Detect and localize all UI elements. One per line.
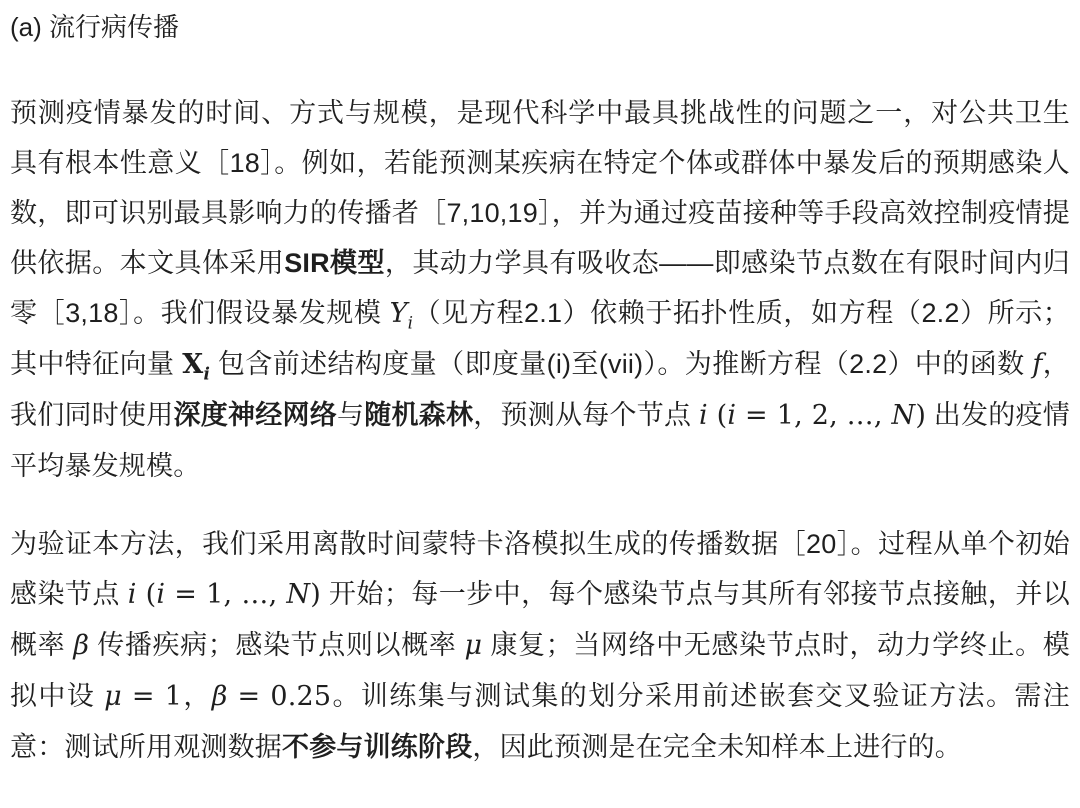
body-text: 包含前述结构度量（即度量(i)至(vii)）。为推断方程（2.2）中的函数 [210, 349, 1032, 379]
math-symbol: ( [137, 579, 157, 610]
math-symbol: μ [465, 630, 483, 661]
math-symbol: β [212, 681, 228, 712]
bold-text: SIR模型 [284, 248, 385, 278]
math-symbol: β [73, 630, 89, 661]
body-text: ，预测从每个节点 [473, 400, 699, 430]
math-symbol: Yi [390, 298, 414, 329]
math-symbol: f [1032, 349, 1042, 380]
math-symbol: i [156, 579, 165, 610]
body-text: ， [182, 681, 212, 711]
math-symbol: N [286, 579, 310, 610]
section-heading: (a) 流行病传播 [10, 10, 1070, 44]
math-symbol: = 1 [122, 681, 182, 712]
bold-text: 深度神经网络 [173, 400, 336, 430]
bold-text: 不参与训练阶段 [282, 732, 472, 762]
paragraph-epidemic-intro: 预测疫情暴发的时间、方式与规模，是现代科学中最具挑战性的问题之一，对公共卫生具有… [10, 88, 1070, 491]
body-text: 传播疾病；感染节点则以概率 [89, 630, 464, 660]
math-symbol: = 1, …, [165, 579, 286, 610]
math-symbol: ( [708, 400, 728, 431]
bold-text: 随机森林 [364, 400, 473, 430]
math-symbol: = 1, 2, …, [736, 400, 891, 431]
body-text: ，因此预测是在完全未知样本上进行的。 [472, 732, 962, 762]
paragraph-simulation-method: 为验证本方法，我们采用离散时间蒙特卡洛模拟生成的传播数据［20］。过程从单个初始… [10, 519, 1070, 772]
body-text: 与 [337, 400, 364, 430]
math-symbol: N [892, 400, 916, 431]
math-symbol: μ [104, 681, 122, 712]
math-symbol: i [727, 400, 736, 431]
math-symbol: i [699, 400, 708, 431]
document-page: (a) 流行病传播 预测疫情暴发的时间、方式与规模，是现代科学中最具挑战性的问题… [0, 0, 1080, 808]
math-symbol: ) [310, 579, 321, 610]
math-symbol: = 0.25 [228, 681, 332, 712]
math-symbol: i [128, 579, 137, 610]
math-symbol: Xi [182, 349, 210, 380]
math-symbol: ) [915, 400, 926, 431]
